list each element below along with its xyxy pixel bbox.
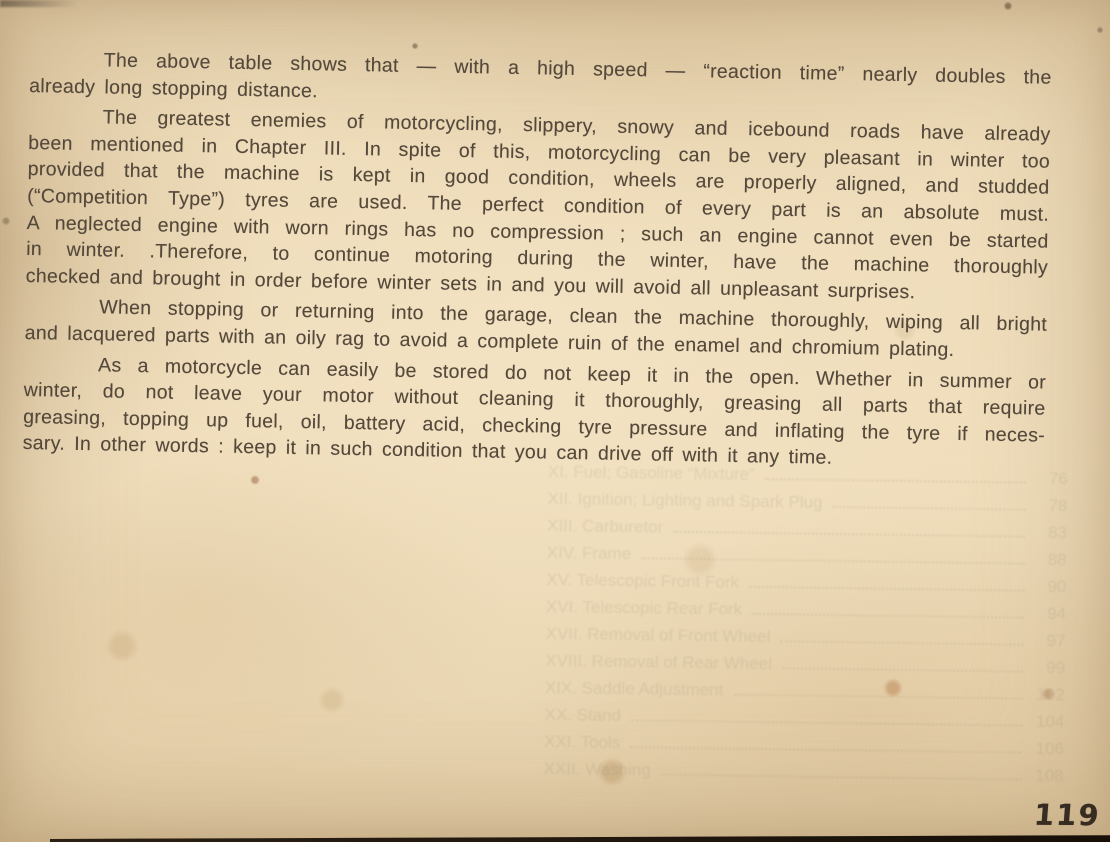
ghost-toc-line: XVIII. Removal of Rear Wheel 99 <box>545 651 1065 685</box>
ghost-toc-leader <box>832 506 1025 511</box>
ghost-toc-leader <box>631 719 1022 726</box>
ghost-toc-leader <box>673 531 1025 538</box>
ghost-toc-line: XIII. Carburetor 83 <box>547 516 1067 550</box>
ghost-toc-page: 97 <box>1031 631 1065 651</box>
ghost-toc-label: XVI. Telescopic Rear Fork <box>546 597 742 620</box>
ghost-toc-label: XIII. Carburetor <box>547 516 663 538</box>
ghost-toc-leader <box>752 613 1024 619</box>
ghost-toc-page: 102 <box>1031 685 1065 705</box>
ghost-showthrough-text: XI. Fuel; Gasoline “Mixture” 76 XII. Ign… <box>543 462 1067 793</box>
ghost-toc-page: 90 <box>1032 577 1066 597</box>
ghost-toc-leader <box>749 586 1024 592</box>
ghost-toc-leader <box>641 557 1025 564</box>
ghost-toc-label: XV. Telescopic Front Fork <box>546 570 739 593</box>
ghost-toc-leader <box>630 746 1022 753</box>
ghost-toc-line: XVI. Telescopic Rear Fork 94 <box>546 597 1066 631</box>
ghost-toc-label: XXII. Washing <box>544 759 651 780</box>
ghost-toc-line: XIX. Saddle Adjustment 102 <box>545 678 1065 712</box>
scan-edge-bottom <box>50 834 1110 842</box>
ghost-toc-label: XXI. Tools <box>544 732 621 753</box>
ghost-toc-line: XV. Telescopic Front Fork 90 <box>546 570 1066 604</box>
ghost-toc-leader <box>765 478 1026 484</box>
ghost-toc-page: 78 <box>1033 496 1067 516</box>
scan-smudge-top-left <box>0 0 78 7</box>
ghost-toc-page: 106 <box>1030 739 1064 759</box>
ghost-toc-leader <box>780 640 1023 645</box>
ghost-toc-page: 94 <box>1032 604 1066 624</box>
ghost-toc-line: XVII. Removal of Front Wheel 97 <box>545 624 1065 658</box>
ghost-toc-line: XXII. Washing 108 <box>543 759 1063 793</box>
page-body-text: The above table shows that — with a high… <box>22 46 1051 476</box>
ghost-toc-leader <box>661 774 1022 781</box>
ghost-toc-page: 83 <box>1033 523 1067 543</box>
ghost-toc-label: XIV. Frame <box>547 543 632 564</box>
ghost-toc-page: 108 <box>1030 766 1064 786</box>
ghost-toc-label: XII. Ignition; Lighting and Spark Plug <box>547 489 822 513</box>
ghost-toc-label: XVII. Removal of Front Wheel <box>545 624 770 647</box>
ghost-toc-line: XXI. Tools 106 <box>544 732 1064 766</box>
ghost-toc-line: XII. Ignition; Lighting and Spark Plug 7… <box>547 489 1067 523</box>
scanned-book-page: XI. Fuel; Gasoline “Mixture” 76 XII. Ign… <box>0 0 1110 842</box>
ghost-toc-page: 104 <box>1030 712 1064 732</box>
ghost-toc-leader <box>733 694 1022 700</box>
ghost-toc-page: 99 <box>1031 658 1065 678</box>
ghost-toc-line: XIV. Frame 88 <box>546 543 1066 577</box>
ghost-toc-label: XVIII. Removal of Rear Wheel <box>545 651 772 674</box>
ghost-toc-leader <box>782 667 1023 672</box>
page-number: 119 <box>1033 798 1102 833</box>
ghost-toc-label: XX. Stand <box>544 705 621 726</box>
ghost-toc-label: XIX. Saddle Adjustment <box>545 678 724 700</box>
ghost-toc-line: XX. Stand 104 <box>544 705 1064 739</box>
ghost-toc-page: 88 <box>1033 550 1067 570</box>
